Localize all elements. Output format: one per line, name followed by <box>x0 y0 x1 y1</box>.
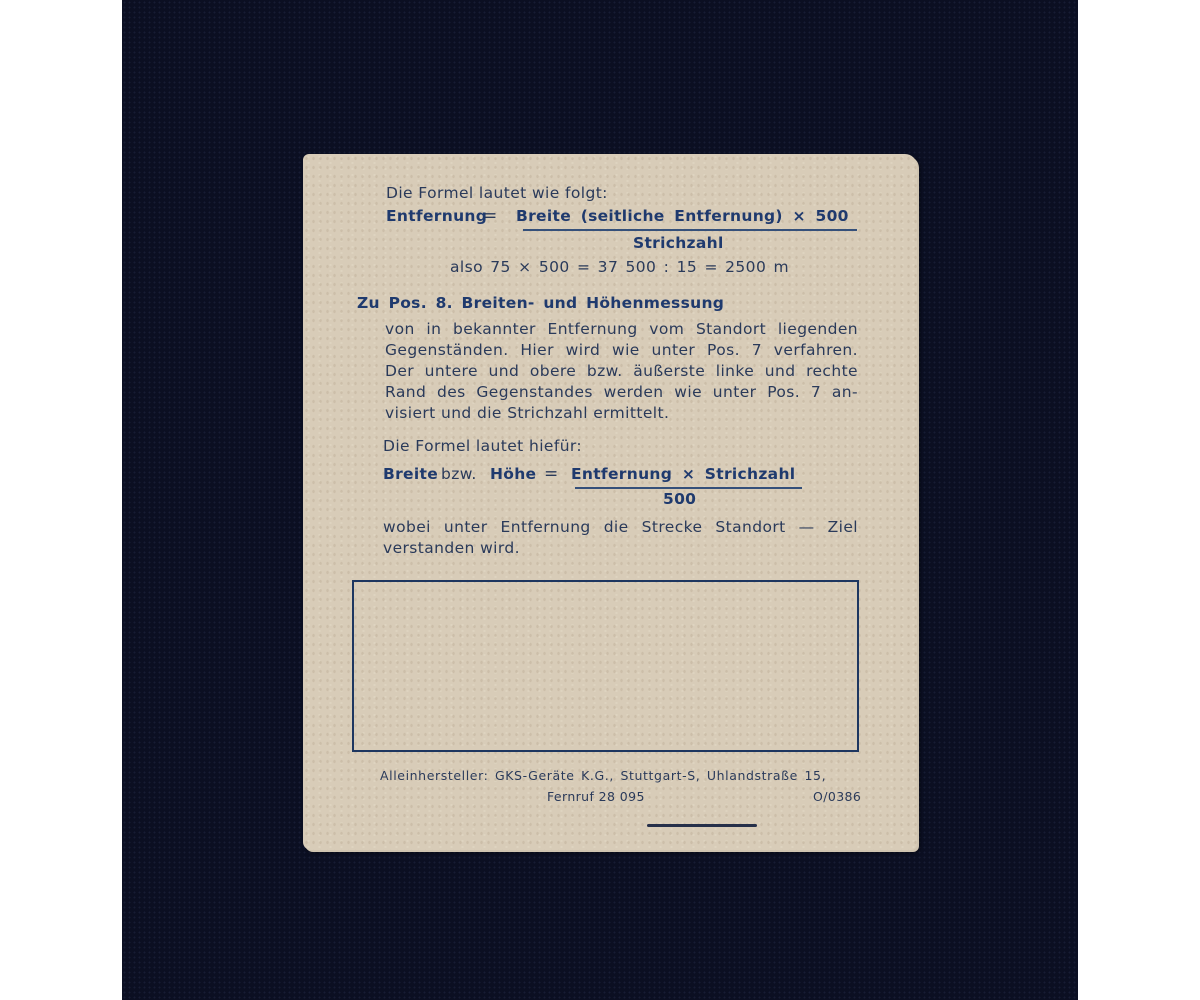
section8-line: Der untere und obere bzw. äußerste linke… <box>385 362 858 380</box>
section8-heading: Zu Pos. 8. Breiten- und Höhenmessung <box>357 294 724 312</box>
formula2-lhs-hoehe: Höhe <box>490 465 536 483</box>
formula1-equals: = <box>483 206 498 226</box>
formula2-note-line: verstanden wird. <box>383 539 520 557</box>
staple <box>647 824 757 827</box>
formula2-numerator: Entfernung × Strichzahl <box>571 465 795 483</box>
section8-line: Gegenständen. Hier wird wie unter Pos. 7… <box>385 341 858 359</box>
empty-stamp-box <box>352 580 859 752</box>
formula2-equals: = <box>544 464 559 484</box>
section8-line: Rand des Gegenstandes werden wie unter P… <box>385 383 858 401</box>
section8-line: visiert und die Strichzahl ermittelt. <box>385 404 669 422</box>
fraction-bar <box>575 487 802 489</box>
formula1-lhs: Entfernung <box>386 207 487 225</box>
formula1-intro: Die Formel lautet wie folgt: <box>386 184 608 202</box>
footer-manufacturer: Alleinhersteller: GKS-Geräte K.G., Stutt… <box>380 768 826 783</box>
formula2-lhs-bzw: bzw. <box>441 465 477 483</box>
formula1-denominator: Strichzahl <box>633 234 724 252</box>
fraction-bar <box>523 229 857 231</box>
formula2-intro: Die Formel lautet hiefür: <box>383 437 582 455</box>
instruction-card: Die Formel lautet wie folgt: Entfernung … <box>303 154 917 850</box>
formula2-note-line: wobei unter Entfernung die Strecke Stand… <box>383 518 858 536</box>
formula2-denominator: 500 <box>663 490 696 508</box>
footer-code: O/0386 <box>813 789 861 804</box>
footer-phone: Fernruf 28 095 <box>547 789 645 804</box>
formula1-numerator: Breite (seitliche Entfernung) × 500 <box>516 207 849 225</box>
formula1-example: also 75 × 500 = 37 500 : 15 = 2500 m <box>450 258 789 276</box>
formula2-lhs-breite: Breite <box>383 465 438 483</box>
section8-line: von in bekannter Entfernung vom Standort… <box>385 320 858 338</box>
